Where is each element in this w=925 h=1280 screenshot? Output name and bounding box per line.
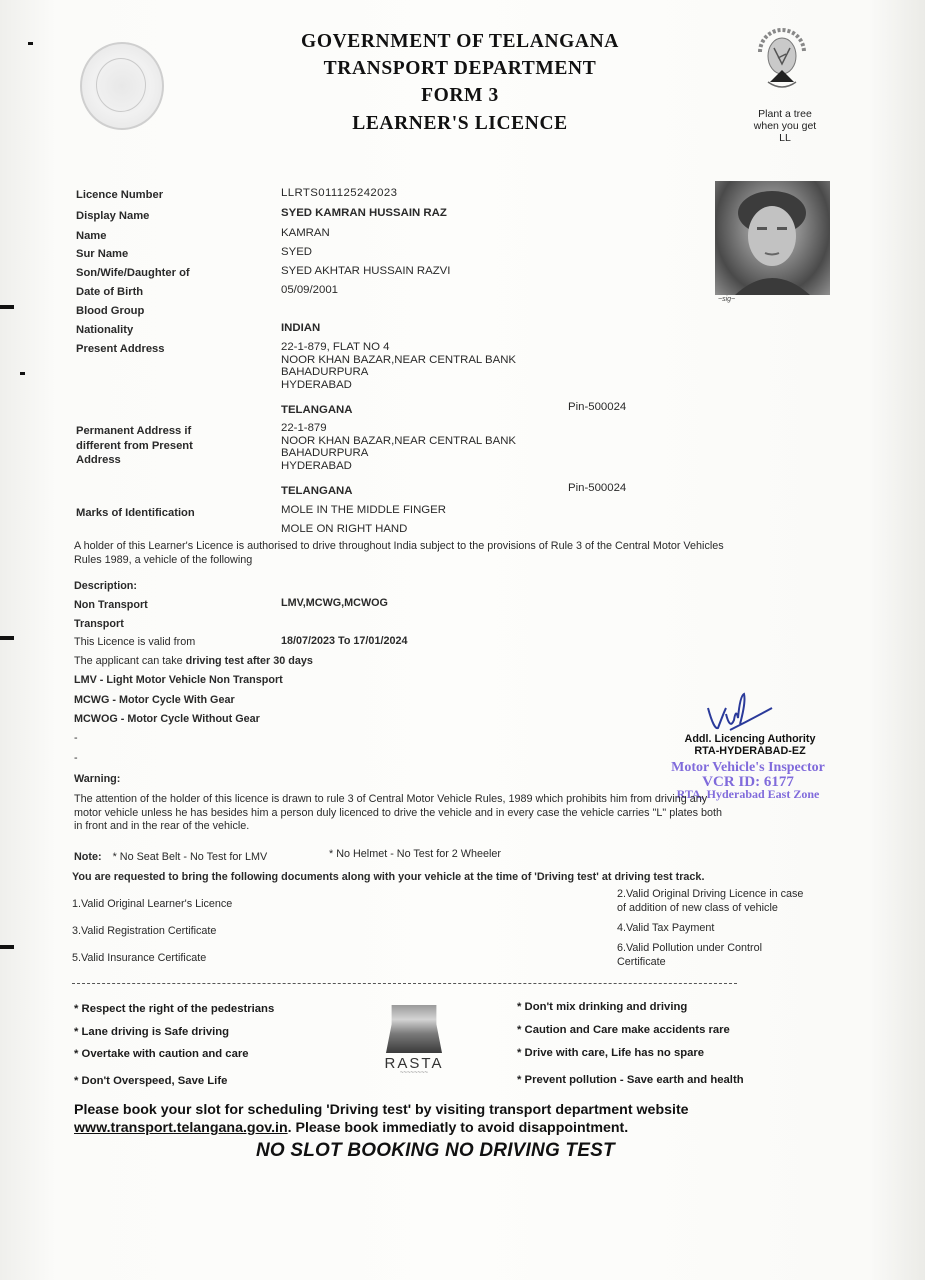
name-label: Name bbox=[76, 230, 106, 242]
dob-value: 05/09/2001 bbox=[281, 284, 338, 296]
section-divider bbox=[72, 983, 737, 984]
surname-value: SYED bbox=[281, 246, 312, 258]
document-item: 6.Valid Pollution under Control Certific… bbox=[617, 942, 762, 969]
note-helmet: * No Helmet - No Test for 2 Wheeler bbox=[329, 848, 501, 860]
display-name-value: SYED KAMRAN HUSSAIN RAZ bbox=[281, 207, 447, 219]
scan-mark bbox=[20, 372, 25, 375]
safety-tip: * Drive with care, Life has no spare bbox=[517, 1047, 704, 1059]
marks-value-2: MOLE ON RIGHT HAND bbox=[281, 523, 407, 535]
document-line: Certificate bbox=[617, 956, 762, 970]
surname-label: Sur Name bbox=[76, 248, 128, 260]
present-address-pin: Pin-500024 bbox=[568, 401, 626, 413]
warning-line: in front and in the rear of the vehicle. bbox=[74, 820, 864, 834]
label-line: Permanent Address if bbox=[76, 424, 193, 439]
dob-label: Date of Birth bbox=[76, 286, 143, 298]
relation-label: Son/Wife/Daughter of bbox=[76, 267, 190, 279]
address-line: 22-1-879 bbox=[281, 422, 516, 435]
applicant-signature: ~sig~ bbox=[718, 296, 758, 306]
licence-number-value: LLRTS011125242023 bbox=[281, 187, 397, 199]
name-value: KAMRAN bbox=[281, 227, 330, 239]
safety-tip: * Prevent pollution - Save earth and hea… bbox=[517, 1074, 744, 1086]
safety-tip: * Overtake with caution and care bbox=[74, 1048, 249, 1060]
address-line: 22-1-879, FLAT NO 4 bbox=[281, 341, 516, 354]
label-line: different from Present bbox=[76, 439, 193, 454]
no-slot-banner: NO SLOT BOOKING NO DRIVING TEST bbox=[256, 1140, 615, 1162]
validity-label: This Licence is valid from bbox=[74, 636, 195, 648]
authorisation-text: A holder of this Learner's Licence is au… bbox=[74, 540, 854, 567]
warning-text: The attention of the holder of this lice… bbox=[74, 793, 864, 834]
header-government: GOVERNMENT OF TELANGANA bbox=[250, 31, 670, 53]
driving-test-prefix: The applicant can take bbox=[74, 655, 186, 667]
safety-tip: * Respect the right of the pedestrians bbox=[74, 1003, 274, 1015]
authority-title: Addl. Licencing Authority bbox=[660, 733, 840, 745]
safety-tip: * Don't Overspeed, Save Life bbox=[74, 1075, 227, 1087]
note-label: Note: bbox=[74, 851, 102, 863]
driving-test-note: The applicant can take driving test afte… bbox=[74, 655, 313, 667]
present-address-value: 22-1-879, FLAT NO 4 NOOR KHAN BAZAR,NEAR… bbox=[281, 341, 516, 391]
safety-tip: * Don't mix drinking and driving bbox=[517, 1001, 687, 1013]
transport-label: Transport bbox=[74, 618, 124, 630]
document-item: 2.Valid Original Driving Licence in case… bbox=[617, 888, 803, 915]
document-line: of addition of new class of vehicle bbox=[617, 902, 803, 916]
scan-mark bbox=[0, 305, 14, 309]
rasta-logo-icon: RASTA ~~~~~~~~ bbox=[378, 1005, 450, 1087]
class-lmv: LMV - Light Motor Vehicle Non Transport bbox=[74, 674, 283, 686]
address-line: BAHADURPURA bbox=[281, 366, 516, 379]
scan-mark bbox=[0, 636, 14, 640]
authority-office: RTA-HYDERABAD-EZ bbox=[660, 745, 840, 757]
header-department: TRANSPORT DEPARTMENT bbox=[250, 58, 670, 80]
authorisation-line: A holder of this Learner's Licence is au… bbox=[74, 540, 854, 554]
warning-title: Warning: bbox=[74, 773, 120, 785]
safety-tip: * Caution and Care make accidents rare bbox=[517, 1024, 730, 1036]
permanent-address-value: 22-1-879 NOOR KHAN BAZAR,NEAR CENTRAL BA… bbox=[281, 422, 516, 472]
dash-line: - bbox=[74, 732, 78, 744]
licensing-authority: Addl. Licencing Authority RTA-HYDERABAD-… bbox=[660, 733, 840, 757]
document-line: 2.Valid Original Driving Licence in case bbox=[617, 888, 803, 902]
marks-label: Marks of Identification bbox=[76, 507, 195, 519]
note-row: Note: * No Seat Belt - No Test for LMV bbox=[74, 851, 267, 863]
learners-licence-document: GOVERNMENT OF TELANGANA TRANSPORT DEPART… bbox=[0, 0, 925, 1280]
safety-tip: * Lane driving is Safe driving bbox=[74, 1026, 229, 1038]
plant-tree-line: Plant a tree bbox=[735, 108, 835, 120]
booking-line: Please book your slot for scheduling 'Dr… bbox=[74, 1101, 689, 1119]
marks-value-1: MOLE IN THE MIDDLE FINGER bbox=[281, 504, 446, 516]
validity-value: 18/07/2023 To 17/01/2024 bbox=[281, 635, 407, 647]
non-transport-label: Non Transport bbox=[74, 599, 148, 611]
non-transport-value: LMV,MCWG,MCWOG bbox=[281, 597, 388, 609]
note-seat-belt: * No Seat Belt - No Test for LMV bbox=[113, 851, 268, 863]
address-line: BAHADURPURA bbox=[281, 447, 516, 460]
header-form: FORM 3 bbox=[250, 85, 670, 107]
plant-tree-line: when you get bbox=[735, 120, 835, 132]
document-item: 5.Valid Insurance Certificate bbox=[72, 952, 206, 964]
licence-number-label: Licence Number bbox=[76, 189, 163, 201]
relation-value: SYED AKHTAR HUSSAIN RAZVI bbox=[281, 265, 450, 277]
permanent-address-pin: Pin-500024 bbox=[568, 482, 626, 494]
applicant-photo bbox=[715, 181, 830, 295]
permanent-address-label: Permanent Address if different from Pres… bbox=[76, 424, 193, 468]
plant-tree-note: Plant a tree when you get LL bbox=[735, 108, 835, 144]
document-item: 3.Valid Registration Certificate bbox=[72, 925, 216, 937]
documents-intro: You are requested to bring the following… bbox=[72, 871, 862, 883]
address-line: HYDERABAD bbox=[281, 379, 516, 392]
header-title: LEARNER'S LICENCE bbox=[250, 113, 670, 135]
driving-test-days: driving test after 30 days bbox=[186, 655, 313, 667]
booking-line-rest: . Please book immediatly to avoid disapp… bbox=[288, 1120, 629, 1136]
address-line: NOOR KHAN BAZAR,NEAR CENTRAL BANK bbox=[281, 354, 516, 367]
class-mcwog: MCWOG - Motor Cycle Without Gear bbox=[74, 713, 260, 725]
warning-line: The attention of the holder of this lice… bbox=[74, 793, 864, 807]
document-item: 1.Valid Original Learner's Licence bbox=[72, 898, 232, 910]
display-name-label: Display Name bbox=[76, 210, 149, 222]
booking-line: www.transport.telangana.gov.in. Please b… bbox=[74, 1119, 689, 1137]
transport-website-link[interactable]: www.transport.telangana.gov.in bbox=[74, 1120, 288, 1136]
present-address-label: Present Address bbox=[76, 343, 165, 355]
label-line: Address bbox=[76, 453, 193, 468]
telangana-government-seal-icon bbox=[80, 42, 164, 130]
scan-mark bbox=[0, 945, 14, 949]
present-address-state: TELANGANA bbox=[281, 404, 353, 416]
warning-line: motor vehicle unless he has besides him … bbox=[74, 807, 864, 821]
scan-mark bbox=[28, 42, 33, 45]
permanent-address-state: TELANGANA bbox=[281, 485, 353, 497]
description-title: Description: bbox=[74, 580, 137, 592]
document-item: 4.Valid Tax Payment bbox=[617, 922, 714, 934]
plant-tree-line: LL bbox=[735, 132, 835, 144]
class-mcwg: MCWG - Motor Cycle With Gear bbox=[74, 694, 235, 706]
address-line: HYDERABAD bbox=[281, 460, 516, 473]
document-line: 6.Valid Pollution under Control bbox=[617, 942, 762, 956]
dash-line: - bbox=[74, 752, 78, 764]
authorisation-line: Rules 1989, a vehicle of the following bbox=[74, 554, 854, 568]
blood-group-label: Blood Group bbox=[76, 305, 144, 317]
nationality-label: Nationality bbox=[76, 324, 133, 336]
plant-tree-logo-icon bbox=[752, 24, 812, 92]
nationality-value: INDIAN bbox=[281, 322, 320, 334]
address-line: NOOR KHAN BAZAR,NEAR CENTRAL BANK bbox=[281, 435, 516, 448]
booking-instructions: Please book your slot for scheduling 'Dr… bbox=[74, 1101, 689, 1137]
